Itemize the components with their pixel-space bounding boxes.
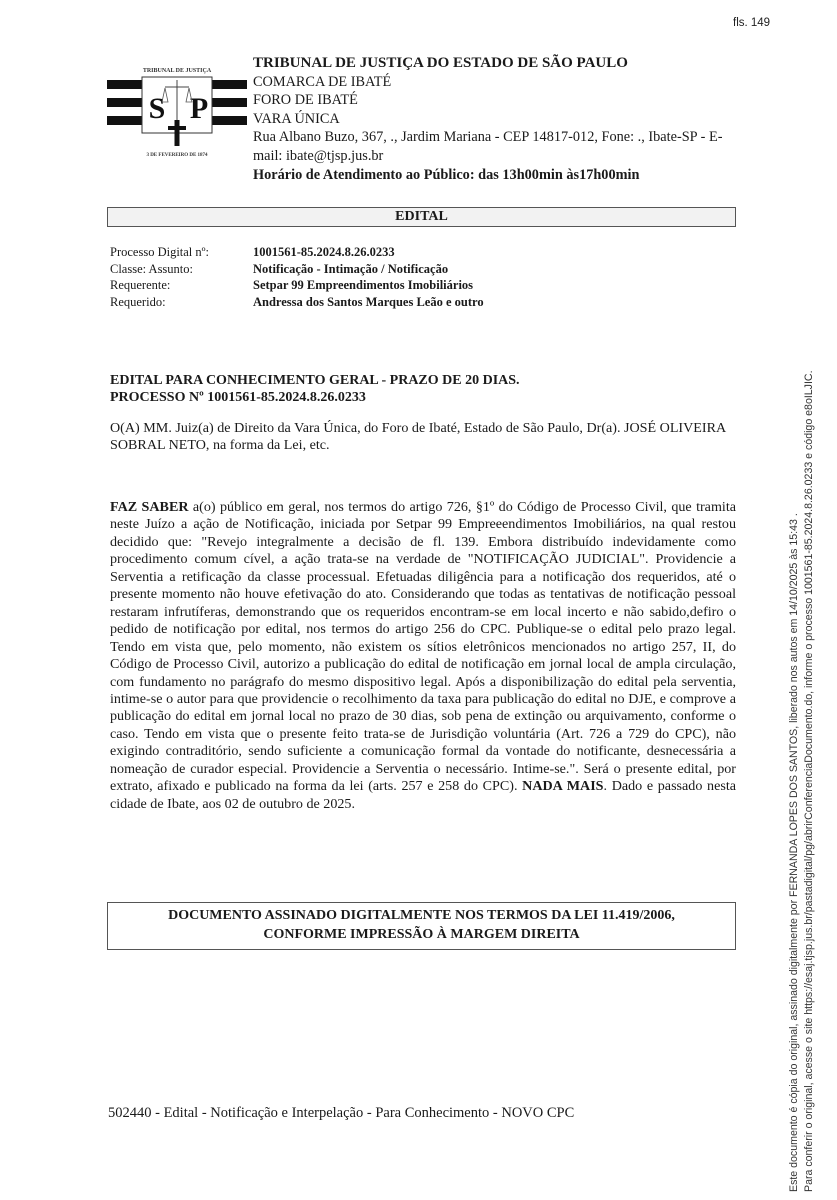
body-end: NADA MAIS [522, 778, 603, 794]
case-info-value: Andressa dos Santos Marques Leão e outro [253, 294, 484, 311]
edital-title-line2: PROCESSO Nº 1001561-85.2024.8.26.0233 [110, 389, 520, 406]
office-hours: Horário de Atendimento ao Público: das 1… [253, 166, 743, 185]
signature-notice: DOCUMENTO ASSINADO DIGITALMENTE NOS TERM… [107, 902, 736, 950]
comarca: COMARCA DE IBATÉ [253, 73, 743, 92]
logo-letter-p: P [190, 92, 208, 125]
court-header: TRIBUNAL DE JUSTIÇA DO ESTADO DE SÃO PAU… [253, 54, 743, 184]
side-margin-line2: Para conferir o original, acesse o site … [803, 370, 815, 1192]
case-info-row-plaintiff: Requerente: Setpar 99 Empreendimentos Im… [110, 277, 484, 294]
foro: FORO DE IBATÉ [253, 91, 743, 110]
side-margin-line1: Este documento é cópia do original, assi… [788, 513, 800, 1192]
body-text: a(o) público em geral, nos termos do art… [110, 499, 736, 794]
document-footer: 502440 - Edital - Notificação e Interpel… [108, 1105, 574, 1122]
case-info-row-class: Classe: Assunto: Notificação - Intimação… [110, 261, 484, 278]
case-info-value: Notificação - Intimação / Notificação [253, 261, 448, 278]
case-info-label: Requerente: [110, 277, 253, 294]
logo-top-text: TRIBUNAL DE JUSTIÇA [143, 68, 212, 74]
tjsp-emblem-icon: TRIBUNAL DE JUSTIÇA S P 3 DE FEVEREIRO D… [107, 60, 247, 160]
page-number: fls. 149 [733, 17, 770, 29]
edital-heading: EDITAL [107, 207, 736, 227]
case-info-label: Classe: Assunto: [110, 261, 253, 278]
edital-title: EDITAL PARA CONHECIMENTO GERAL - PRAZO D… [110, 372, 520, 406]
signature-notice-line2: CONFORME IMPRESSÃO À MARGEM DIREITA [108, 926, 735, 945]
body-lead: FAZ SABER [110, 499, 189, 515]
logo-bottom-text: 3 DE FEVEREIRO DE 1874 [146, 153, 208, 158]
case-info-value: Setpar 99 Empreendimentos Imobiliários [253, 277, 473, 294]
vara: VARA ÚNICA [253, 110, 743, 129]
case-info-label: Requerido: [110, 294, 253, 311]
case-info-row-defendant: Requerido: Andressa dos Santos Marques L… [110, 294, 484, 311]
edital-title-line1: EDITAL PARA CONHECIMENTO GERAL - PRAZO D… [110, 372, 520, 389]
case-info-label: Processo Digital nº: [110, 244, 253, 261]
case-info-value: 1001561-85.2024.8.26.0233 [253, 244, 395, 261]
case-info: Processo Digital nº: 1001561-85.2024.8.2… [110, 244, 484, 311]
intro-paragraph: O(A) MM. Juiz(a) de Direito da Vara Únic… [110, 420, 736, 455]
body-paragraph: FAZ SABER a(o) público em geral, nos ter… [110, 499, 736, 813]
court-address: Rua Albano Buzo, 367, ., Jardim Mariana … [253, 128, 743, 165]
case-info-row-process: Processo Digital nº: 1001561-85.2024.8.2… [110, 244, 484, 261]
tjsp-logo: TRIBUNAL DE JUSTIÇA S P 3 DE FEVEREIRO D… [107, 60, 247, 160]
court-name: TRIBUNAL DE JUSTIÇA DO ESTADO DE SÃO PAU… [253, 54, 743, 73]
signature-notice-line1: DOCUMENTO ASSINADO DIGITALMENTE NOS TERM… [108, 907, 735, 926]
